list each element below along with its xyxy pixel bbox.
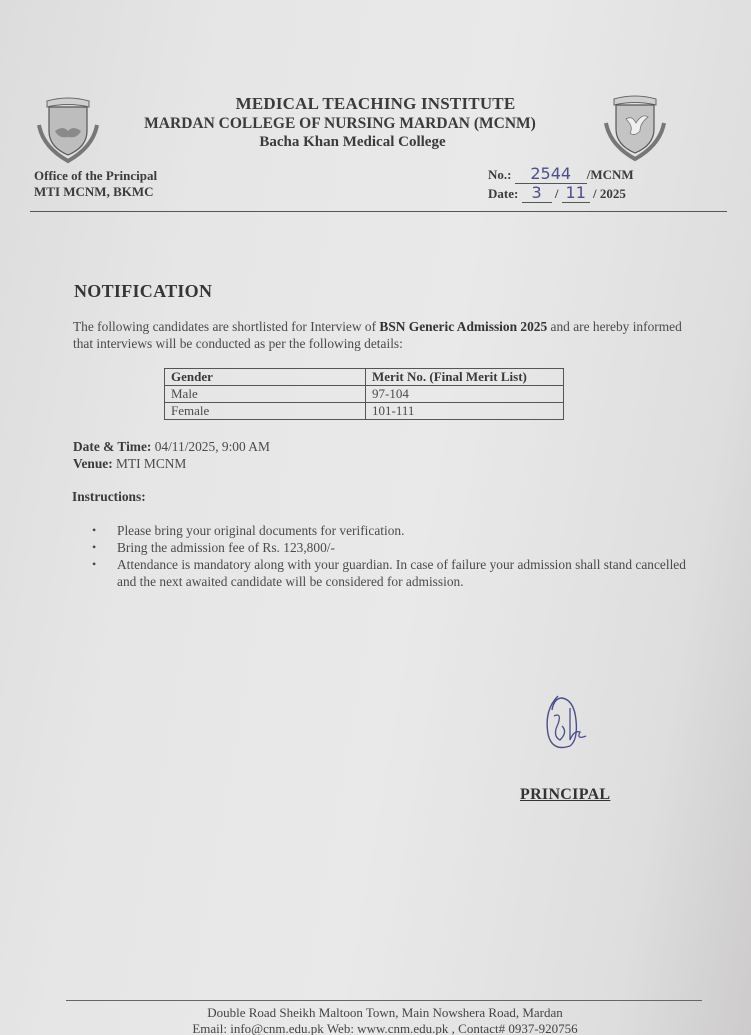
- list-item: Bring the admission fee of Rs. 123,800/-: [92, 539, 692, 556]
- office-block: Office of the Principal MTI MCNM, BKMC: [34, 168, 157, 200]
- ref-date-day: 3: [522, 184, 552, 203]
- cell-merit-range: 97-104: [366, 386, 564, 403]
- signature-icon: [540, 690, 610, 760]
- table-row: Male 97-104: [165, 386, 564, 403]
- ref-no-suffix: /MCNM: [587, 167, 634, 182]
- list-item: Please bring your original documents for…: [92, 522, 692, 539]
- college-name: MARDAN COLLEGE OF NURSING MARDAN (MCNM): [0, 115, 680, 133]
- table-header-row: Gender Merit No. (Final Merit List): [165, 369, 564, 386]
- venue-value: MTI MCNM: [113, 456, 187, 471]
- office-line-1: Office of the Principal: [34, 168, 157, 184]
- nursing-crest-icon: [600, 93, 670, 163]
- header-divider: [30, 211, 727, 212]
- venue-label: Venue:: [73, 456, 113, 471]
- intro-program: BSN Generic Admission 2025: [379, 319, 547, 334]
- ref-no-value: 2544: [515, 165, 587, 184]
- intro-text-1: The following candidates are shortlisted…: [73, 319, 379, 334]
- cell-gender: Male: [165, 386, 366, 403]
- interview-details: Date & Time: 04/11/2025, 9:00 AM Venue: …: [73, 438, 270, 472]
- reference-block: No.: 2544/MCNM Date: 3 / 11 / 2025: [488, 165, 634, 203]
- table-row: Female 101-111: [165, 403, 564, 420]
- datetime-value: 04/11/2025, 9:00 AM: [151, 439, 270, 454]
- notification-intro: The following candidates are shortlisted…: [73, 318, 693, 352]
- notification-title: NOTIFICATION: [74, 281, 212, 302]
- instructions-list: Please bring your original documents for…: [92, 522, 692, 590]
- instructions-title: Instructions:: [72, 489, 146, 505]
- ref-no-label: No.:: [488, 167, 511, 182]
- office-line-2: MTI MCNM, BKMC: [34, 184, 157, 200]
- footer-divider: [66, 1000, 702, 1001]
- ref-date-label: Date:: [488, 186, 518, 201]
- footer-address: Double Road Sheikh Maltoon Town, Main No…: [0, 1005, 751, 1021]
- header-gender: Gender: [165, 369, 366, 386]
- signatory-title: PRINCIPAL: [520, 786, 610, 804]
- footer-contact: Email: info@cnm.edu.pk Web: www.cnm.edu.…: [0, 1021, 751, 1035]
- ref-date-month: 11: [562, 184, 590, 203]
- cell-merit-range: 101-111: [366, 403, 564, 420]
- ref-date-year: / 2025: [593, 186, 626, 201]
- merit-table: Gender Merit No. (Final Merit List) Male…: [164, 368, 564, 420]
- datetime-line: Date & Time: 04/11/2025, 9:00 AM: [73, 438, 270, 455]
- datetime-label: Date & Time:: [73, 439, 151, 454]
- header-merit-no: Merit No. (Final Merit List): [366, 369, 564, 386]
- list-item: Attendance is mandatory along with your …: [92, 556, 692, 590]
- venue-line: Venue: MTI MCNM: [73, 455, 270, 472]
- ref-date-sep: /: [555, 186, 559, 201]
- cell-gender: Female: [165, 403, 366, 420]
